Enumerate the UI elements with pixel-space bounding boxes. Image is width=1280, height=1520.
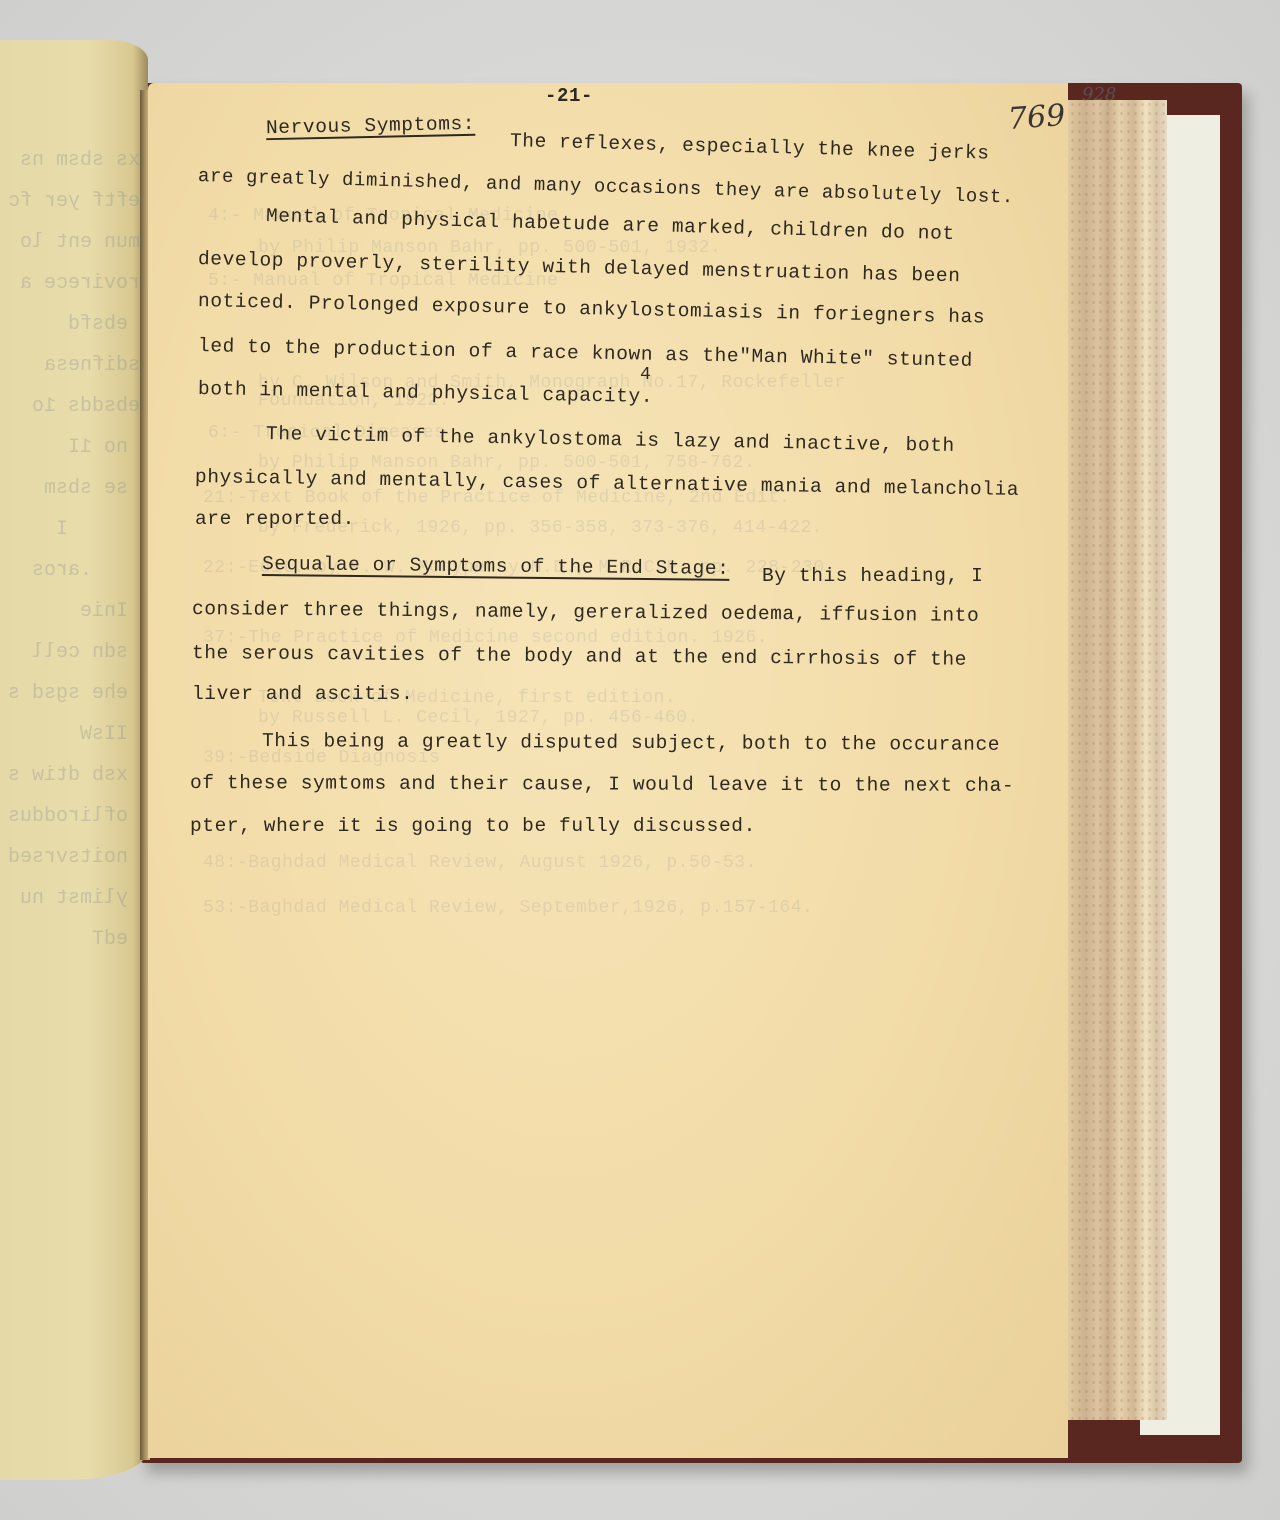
body-line: pter, where it is going to be fully disc…	[190, 815, 756, 837]
body-line: liver and ascitis.	[192, 683, 413, 705]
body-line: By this heading, I	[762, 565, 983, 587]
handwritten-folio-number: 769	[1007, 98, 1067, 137]
page-number: -21-	[545, 85, 593, 107]
left-page: xs sbsm ns eftf yer fc mun ent lo rovire…	[0, 40, 148, 1480]
show-through-line: 48:-Baghdad Medical Review, August 1926,…	[203, 853, 757, 873]
show-through-line: 53:-Baghdad Medical Review, September,19…	[203, 898, 813, 918]
left-page-show-through: xs sbsm ns eftf yer fc mun ent lo rovire…	[0, 140, 140, 960]
body-line: This being a greatly disputed subject, b…	[262, 730, 1000, 756]
footnote-reference: 4	[640, 365, 651, 385]
handwritten-secondary-number: 928	[1082, 84, 1116, 105]
body-line: of these symtoms and their cause, I woul…	[190, 772, 1014, 797]
page-stack-edge	[1062, 100, 1167, 1420]
right-page: 4:- Manual of Tropical Medicine by Phili…	[148, 83, 1068, 1458]
body-line: are reported.	[195, 508, 355, 530]
show-through-line: by Russell L. Cecil, 1927, pp. 456-460.	[258, 708, 699, 728]
section-heading-nervous-symptoms: Nervous Symptoms:	[266, 113, 476, 139]
